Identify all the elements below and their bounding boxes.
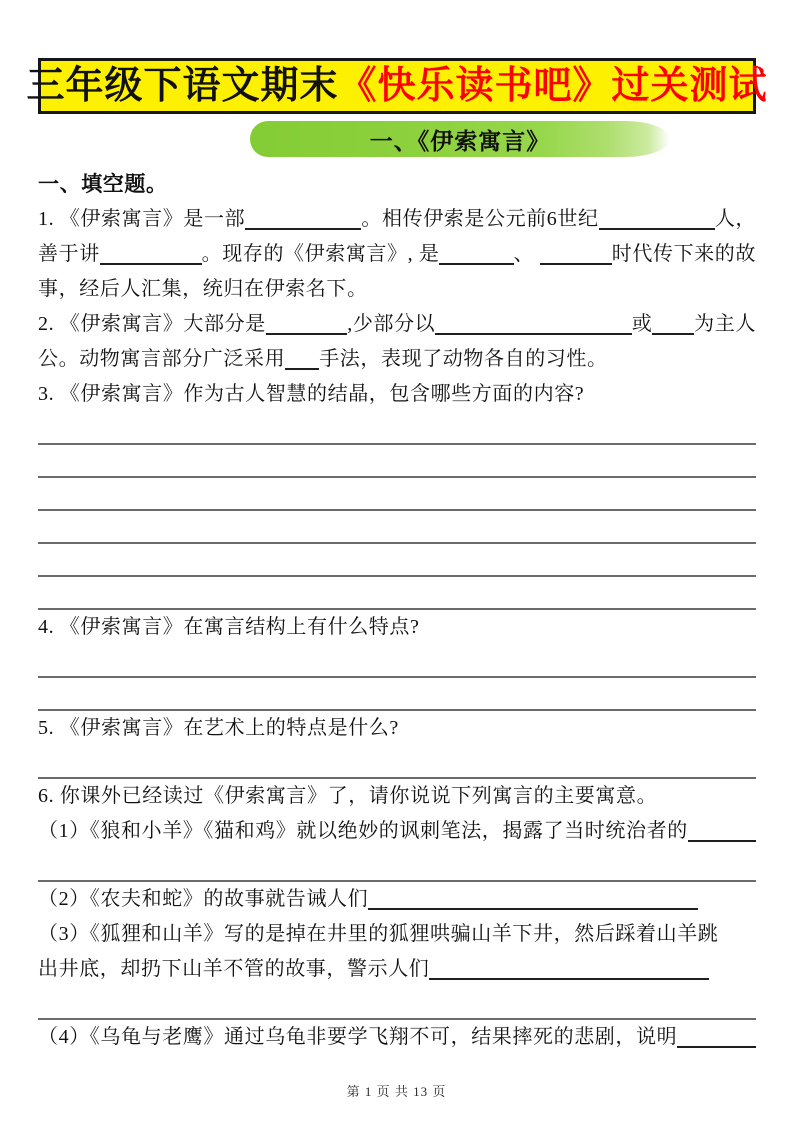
question-text: 或 xyxy=(632,307,653,342)
title-banner: 三年级下语文期末《快乐读书吧》过关测试 xyxy=(38,58,756,114)
question-text: 公。动物寓言部分广泛采用 xyxy=(38,342,285,377)
fill-in-blank xyxy=(245,202,361,230)
question-line: （1）《狼和小羊》《猫和鸡》就以绝妙的讽刺笔法，揭露了当时统治者的 xyxy=(38,814,756,849)
question-text: （4）《乌龟与老鹰》通过乌龟非要学飞翔不可，结果摔死的悲剧，说明 xyxy=(38,1020,677,1055)
page-number: 第 1 页 共 13 页 xyxy=(0,1081,793,1100)
answer-rule-line xyxy=(38,849,756,882)
question-text: 。现存的《伊索寓言》, 是 xyxy=(202,237,440,272)
answer-rule-line xyxy=(38,544,756,577)
fill-in-blank xyxy=(599,202,715,230)
question-line: （2）《农夫和蛇》的故事就告诫人们 xyxy=(38,882,756,917)
answer-rule-line xyxy=(38,445,756,478)
question-text: 。相传伊索是公元前6世纪 xyxy=(361,202,598,237)
question-text: 5. 《伊索寓言》在艺术上的特点是什么? xyxy=(38,711,399,746)
question-text: 时代传下来的故 xyxy=(612,237,756,272)
section-highlight-banner: 一、《伊索寓言》 xyxy=(250,121,670,157)
section-subheading: 一、填空题。 xyxy=(38,167,756,202)
question-text: 6. 你课外已经读过《伊索寓言》了，请你说说下列寓言的主要寓意。 xyxy=(38,779,657,814)
question-text: （1）《狼和小羊》《猫和鸡》就以绝妙的讽刺笔法，揭露了当时统治者的 xyxy=(38,814,688,849)
fill-in-blank xyxy=(688,814,756,842)
question-line: 2. 《伊索寓言》大部分是,少部分以或为主人 xyxy=(38,307,756,342)
answer-rule-line xyxy=(38,678,756,711)
worksheet-page: 三年级下语文期末《快乐读书吧》过关测试 一、《伊索寓言》 一、填空题。1. 《伊… xyxy=(0,0,793,1122)
answer-rule-line xyxy=(38,746,756,779)
answer-rule-line xyxy=(38,412,756,445)
question-text: （2）《农夫和蛇》的故事就告诫人们 xyxy=(38,882,368,917)
question-text: 出井底，却扔下山羊不管的故事，警示人们 xyxy=(38,952,429,987)
question-line: 公。动物寓言部分广泛采用手法，表现了动物各自的习性。 xyxy=(38,342,756,377)
question-text: ,少部分以 xyxy=(347,307,435,342)
section-heading: 一、《伊索寓言》 xyxy=(370,123,551,156)
question-text: 3. 《伊索寓言》作为古人智慧的结晶，包含哪些方面的内容? xyxy=(38,377,584,412)
answer-rule-line xyxy=(38,511,756,544)
fill-in-blank xyxy=(368,882,698,910)
question-text: 2. 《伊索寓言》大部分是 xyxy=(38,307,266,342)
fill-in-blank xyxy=(540,237,612,265)
question-text: 善于讲 xyxy=(38,237,100,272)
question-text: 一、填空题。 xyxy=(38,167,168,202)
fill-in-blank xyxy=(677,1020,756,1048)
fill-in-blank xyxy=(429,952,709,980)
question-line: 6. 你课外已经读过《伊索寓言》了，请你说说下列寓言的主要寓意。 xyxy=(38,779,756,814)
question-text: （3）《狐狸和山羊》写的是掉在井里的狐狸哄骗山羊下井，然后踩着山羊跳 xyxy=(38,917,718,952)
fill-in-blank xyxy=(439,237,513,265)
answer-rule-line xyxy=(38,987,756,1020)
fill-in-blank xyxy=(266,307,347,335)
title-red-text: 《快乐读书吧》过关测试 xyxy=(339,67,768,105)
question-line: 5. 《伊索寓言》在艺术上的特点是什么? xyxy=(38,711,756,746)
fill-in-blank xyxy=(652,307,694,335)
question-line: （3）《狐狸和山羊》写的是掉在井里的狐狸哄骗山羊下井，然后踩着山羊跳 xyxy=(38,917,756,952)
question-text: 人， xyxy=(715,202,756,237)
question-text: 为主人 xyxy=(694,307,756,342)
fill-in-blank xyxy=(435,307,632,335)
doc-body: 一、填空题。1. 《伊索寓言》是一部。相传伊索是公元前6世纪人，善于讲。现存的《… xyxy=(38,167,756,1055)
question-line: （4）《乌龟与老鹰》通过乌龟非要学飞翔不可，结果摔死的悲剧，说明 xyxy=(38,1020,756,1055)
question-text: 手法，表现了动物各自的习性。 xyxy=(319,342,607,377)
fill-in-blank xyxy=(285,342,319,370)
fill-in-blank xyxy=(100,237,202,265)
question-line: 1. 《伊索寓言》是一部。相传伊索是公元前6世纪人， xyxy=(38,202,756,237)
question-line: 4. 《伊索寓言》在寓言结构上有什么特点? xyxy=(38,610,756,645)
question-text: 、 xyxy=(514,237,540,272)
answer-rule-line xyxy=(38,577,756,610)
title-black-text: 三年级下语文期末 xyxy=(26,67,338,105)
answer-rule-line xyxy=(38,645,756,678)
question-line: 3. 《伊索寓言》作为古人智慧的结晶，包含哪些方面的内容? xyxy=(38,377,756,412)
question-line: 事，经后人汇集，统归在伊索名下。 xyxy=(38,272,756,307)
answer-rule-line xyxy=(38,478,756,511)
question-text: 1. 《伊索寓言》是一部 xyxy=(38,202,245,237)
question-line: 善于讲。现存的《伊索寓言》, 是、 时代传下来的故 xyxy=(38,237,756,272)
question-text: 事，经后人汇集，统归在伊索名下。 xyxy=(38,272,368,307)
question-text: 4. 《伊索寓言》在寓言结构上有什么特点? xyxy=(38,610,419,645)
question-line: 出井底，却扔下山羊不管的故事，警示人们 xyxy=(38,952,756,987)
